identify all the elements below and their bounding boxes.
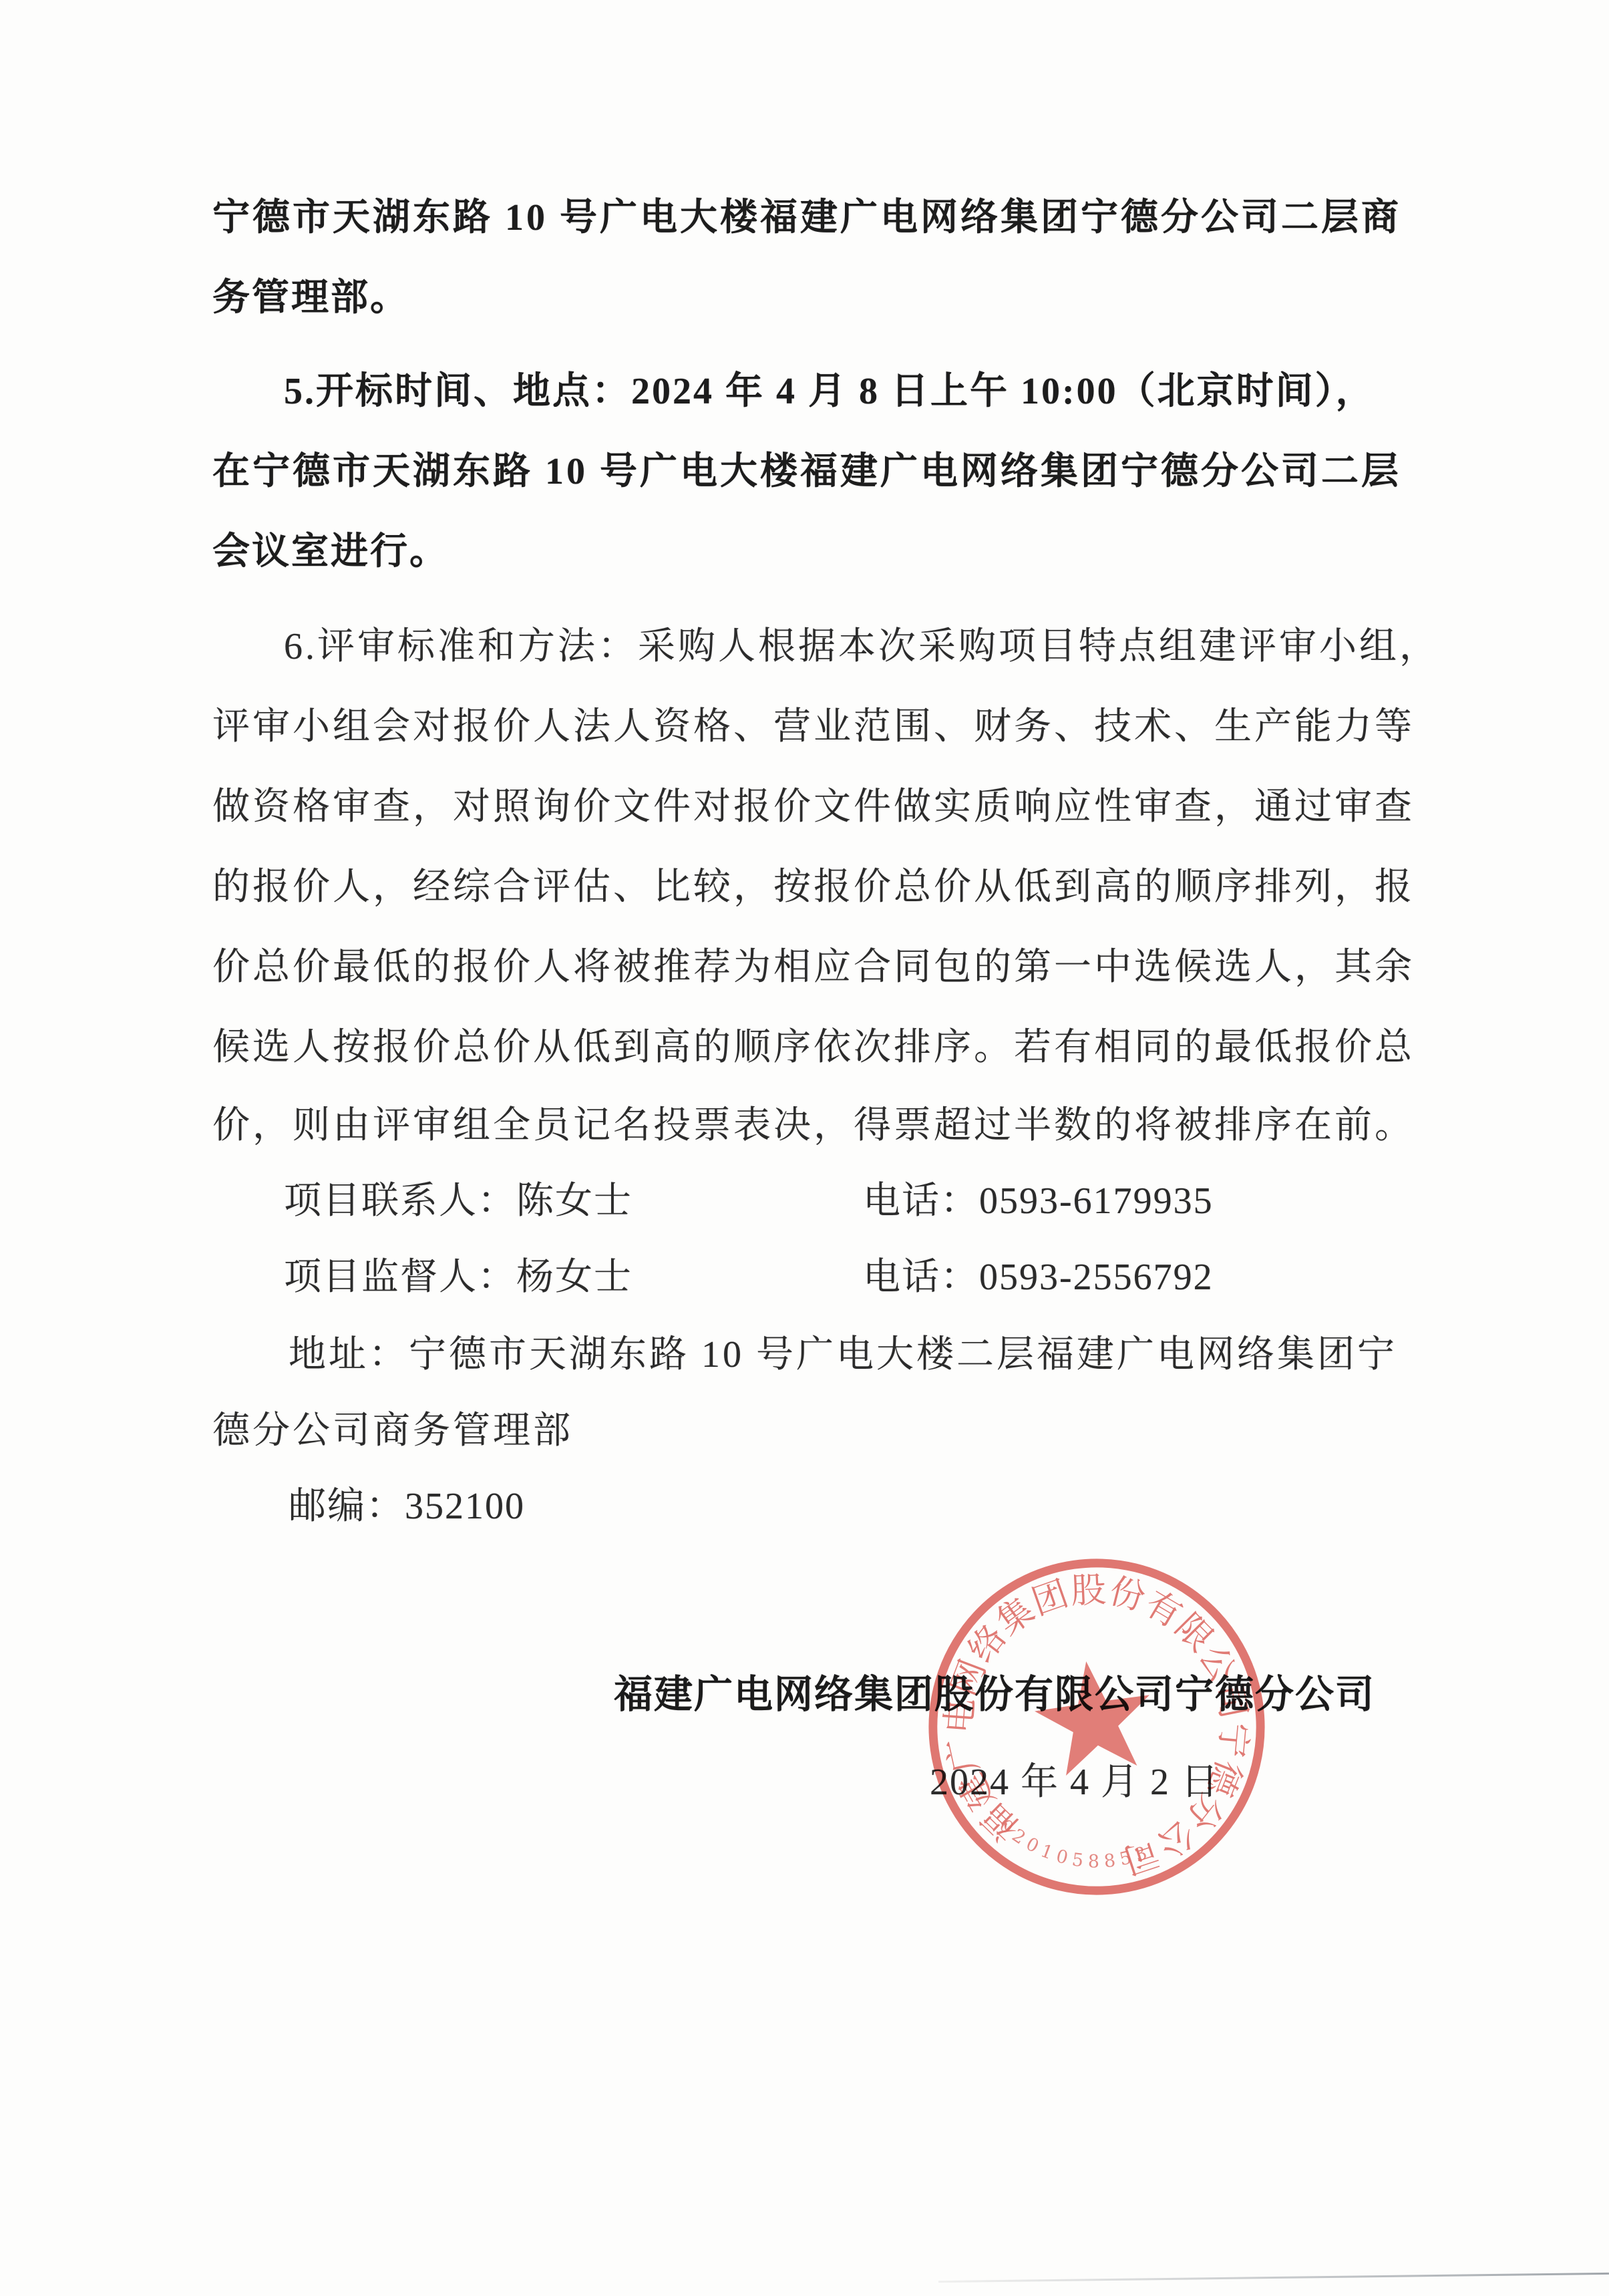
star-icon: [1029, 1653, 1159, 1779]
section-5-heading-line: 5.开标时间、地点：2024 年 4 月 8 日上午 10:00（北京时间），: [284, 371, 1375, 413]
body-line-5: 会议室进行。: [212, 532, 449, 573]
body-line-12: 价，则由评审组全员记名投票表决，得票超过半数的将被排序在前。: [212, 1106, 1415, 1147]
body-line-9: 的报价人，经综合评估、比较，按报价总价从低到高的顺序排列，报: [212, 867, 1415, 909]
body-line-1: 宁德市天湖东路 10 号广电大楼福建广电网络集团宁德分公司二层商: [212, 198, 1401, 239]
body-line-11: 候选人按报价总价从低到高的顺序依次排序。若有相同的最低报价总: [212, 1027, 1415, 1069]
project-supervisor-label: 项目监督人：杨女士: [284, 1257, 633, 1299]
address-line-1: 地址：宁德市天湖东路 10 号广电大楼二层福建广电网络集团宁: [289, 1335, 1397, 1376]
body-line-10: 价总价最低的报价人将被推荐为相应合同包的第一中选候选人，其余: [212, 947, 1415, 989]
project-supervisor-phone: 电话：0593-2556792: [863, 1257, 1214, 1299]
address-line-2: 德分公司商务管理部: [212, 1411, 573, 1452]
document-page: 宁德市天湖东路 10 号广电大楼福建广电网络集团宁德分公司二层商 务管理部。 5…: [0, 0, 1609, 2296]
body-line-2: 务管理部。: [212, 278, 409, 319]
project-contact-phone: 电话：0593-6179935: [863, 1181, 1214, 1222]
official-seal: 福建广电网络集团股份有限公司宁德分公司 0201058853: [902, 1532, 1292, 1922]
scanner-artifact-line: [938, 2273, 1609, 2283]
body-line-4: 在宁德市天湖东路 10 号广电大楼福建广电网络集团宁德分公司二层: [212, 452, 1401, 493]
body-line-8: 做资格审查，对照询价文件对报价文件做实质响应性审查，通过审查: [212, 787, 1415, 828]
project-contact-label: 项目联系人：陈女士: [284, 1181, 633, 1222]
section-6-heading-line: 6.评审标准和方法：采购人根据本次采购项目特点组建评审小组，: [284, 627, 1439, 668]
postcode-line: 邮编：352100: [289, 1486, 525, 1528]
body-line-7: 评审小组会对报价人法人资格、营业范围、财务、技术、生产能力等: [212, 707, 1415, 748]
